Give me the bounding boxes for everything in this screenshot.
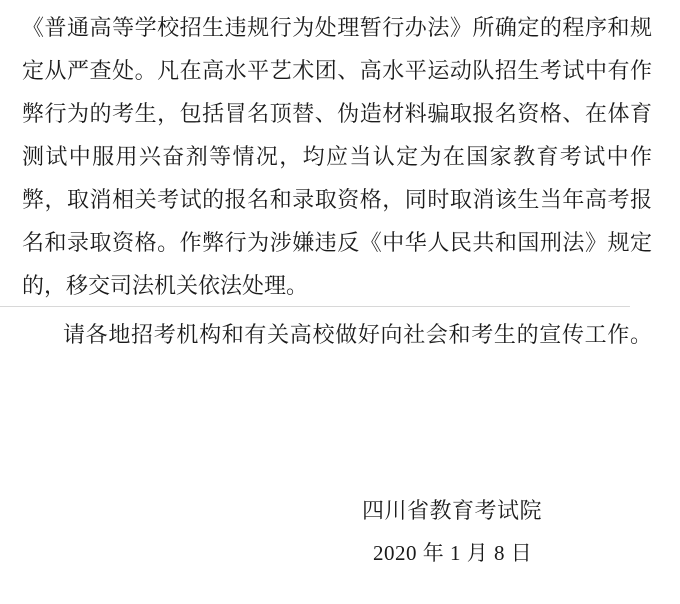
- document-page: 《普通高等学校招生违规行为处理暂行办法》所确定的程序和规 定从严查处。凡在高水平…: [0, 0, 680, 604]
- body-line: 名和录取资格。作弊行为涉嫌违反《中华人民共和国刑法》规定: [22, 221, 652, 264]
- main-paragraph: 《普通高等学校招生违规行为处理暂行办法》所确定的程序和规 定从严查处。凡在高水平…: [22, 6, 652, 307]
- issuer-signature: 四川省教育考试院: [362, 489, 542, 532]
- issue-date: 2020 年 1 月 8 日: [373, 532, 532, 575]
- section-divider: [0, 306, 630, 307]
- body-line: 定从严查处。凡在高水平艺术团、高水平运动队招生考试中有作: [22, 49, 652, 92]
- body-line: 测试中服用兴奋剂等情况，均应当认定为在国家教育考试中作: [22, 135, 652, 178]
- body-line: 《普通高等学校招生违规行为处理暂行办法》所确定的程序和规: [22, 6, 652, 49]
- body-line: 弊，取消相关考试的报名和录取资格，同时取消该生当年高考报: [22, 178, 652, 221]
- closing-paragraph: 请各地招考机构和有关高校做好向社会和考生的宣传工作。: [22, 313, 652, 356]
- body-line: 弊行为的考生，包括冒名顶替、伪造材料骗取报名资格、在体育: [22, 92, 652, 135]
- body-line: 的，移交司法机关依法处理。: [22, 264, 652, 307]
